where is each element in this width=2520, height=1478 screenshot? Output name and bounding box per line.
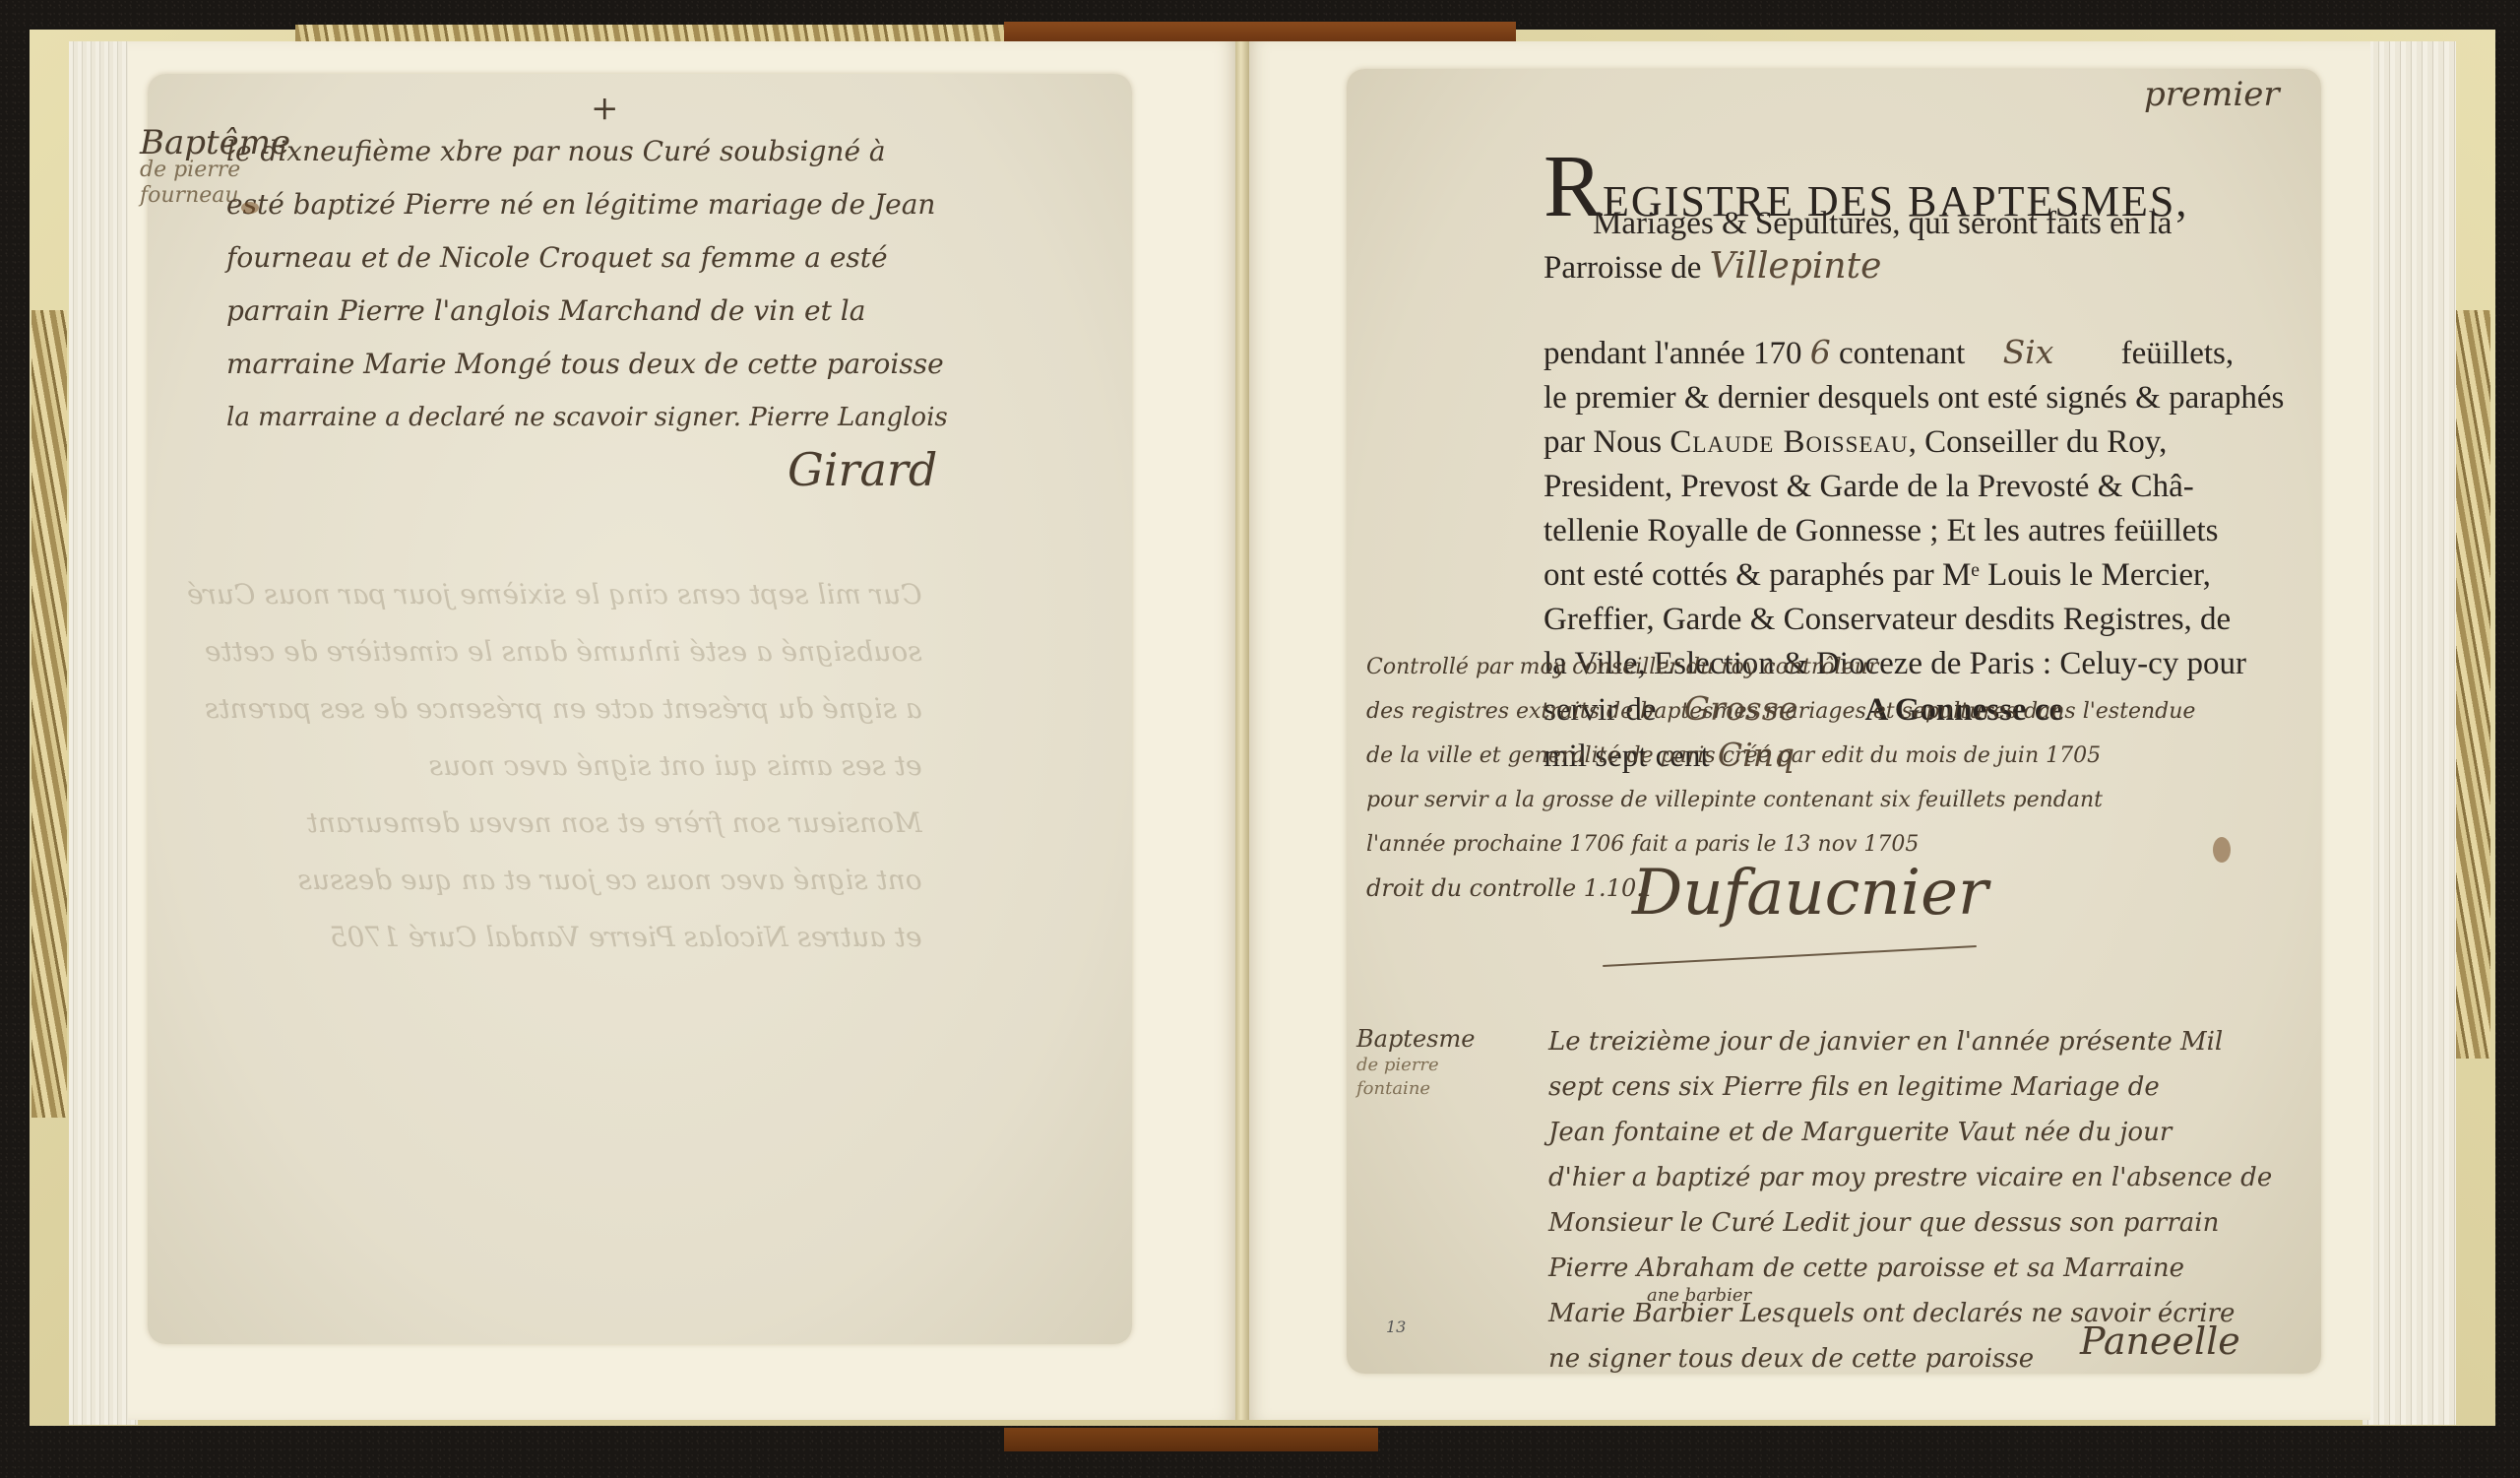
entry-line: parrain Pierre l'anglois Marchand de vin… bbox=[226, 285, 948, 338]
left-entry-text: le dixneufième xbre par nous Curé soubsi… bbox=[226, 125, 948, 444]
control-line: des registres extraits de baptesmes mari… bbox=[1366, 689, 2195, 734]
bleed-line: Monsieur son frère et son neveu demeuran… bbox=[187, 795, 922, 852]
leaf-count: Six bbox=[2003, 333, 2054, 371]
ink-blot bbox=[241, 202, 259, 214]
margin-note-line: de pierre bbox=[1356, 1054, 1475, 1077]
body-text: pendant l'année 170 bbox=[1543, 336, 1802, 371]
control-line: de la ville et generalité de paris créé … bbox=[1366, 734, 2195, 778]
leather-spine-top bbox=[1004, 22, 1516, 43]
body-text: , Conseiller du Roy, bbox=[1909, 424, 2168, 460]
baptism-margin-note: Baptesme de pierre fontaine bbox=[1356, 1024, 1475, 1101]
bleed-line: et ses amis qui ont signé avec nous bbox=[187, 738, 922, 795]
bleed-line: a signé du présent acte en présence de s… bbox=[187, 680, 922, 738]
left-document-page: + Baptême de pierre fourneau le dixneufi… bbox=[148, 74, 1132, 1344]
body-line: ont esté cottés & paraphés par Mᵉ Louis … bbox=[1543, 553, 2252, 598]
body-line: pendant l'année 170 6 contenant Six feüi… bbox=[1543, 330, 2252, 376]
year-digit: 6 bbox=[1810, 333, 1831, 371]
page-stack-right bbox=[2362, 41, 2456, 1425]
heading-line3: Parroisse de Villepinte bbox=[1543, 244, 1881, 290]
left-signature: Girard bbox=[787, 443, 937, 496]
interlinear-correction: ane barbier bbox=[1647, 1285, 1751, 1306]
entry-line: Le treizième jour de janvier en l'année … bbox=[1548, 1019, 2272, 1064]
bleed-line: ont signé avec nous ce jour et an que de… bbox=[187, 852, 922, 909]
body-line: par Nous Claude Boisseau, Conseiller du … bbox=[1543, 420, 2252, 465]
body-line: President, Prevost & Garde de la Prevost… bbox=[1543, 465, 2252, 509]
page-label: premier bbox=[2144, 75, 2280, 114]
parish-name: Villepinte bbox=[1710, 246, 1882, 287]
margin-note-line: Baptesme bbox=[1356, 1024, 1475, 1054]
folio-number: 13 bbox=[1386, 1317, 1406, 1336]
body-line: tellenie Royalle de Gonnesse ; Et les au… bbox=[1543, 509, 2252, 553]
heading-line2: Mariages & Sepultures, qui seront faits … bbox=[1593, 202, 2172, 246]
entry-line: le dixneufième xbre par nous Curé soubsi… bbox=[226, 125, 948, 178]
entry-line: sept cens six Pierre fils en legitime Ma… bbox=[1548, 1064, 2272, 1110]
control-signature: Dufaucnier bbox=[1632, 857, 1988, 930]
right-document-page: premier REGISTRE DES BAPTESMES, Mariages… bbox=[1347, 69, 2321, 1374]
bleed-line: Cur mil sept cens cinq le sixième jour p… bbox=[187, 566, 922, 623]
ink-stain bbox=[2213, 837, 2231, 863]
margin-note-line: fontaine bbox=[1356, 1077, 1475, 1101]
bleed-line: et autres Nicolas Pierre Vandal Curé 170… bbox=[187, 909, 922, 966]
signature-flourish bbox=[1603, 945, 1977, 967]
baptism-signature: Paneelle bbox=[2080, 1319, 2240, 1363]
body-line: le premier & dernier desquels ont esté s… bbox=[1543, 376, 2252, 420]
book-gutter bbox=[1235, 41, 1249, 1420]
entry-line: la marraine a declaré ne scavoir signer.… bbox=[226, 391, 948, 444]
marbled-endpaper-right bbox=[2455, 310, 2490, 1059]
entry-line: Monsieur le Curé Ledit jour que dessus s… bbox=[1548, 1200, 2272, 1246]
control-line: Controllé par moy conseiller du roy cont… bbox=[1366, 645, 2195, 689]
leather-spine-bottom bbox=[1004, 1428, 1378, 1451]
marbled-endpaper-left bbox=[31, 310, 67, 1118]
body-text: contenant bbox=[1839, 336, 1965, 371]
entry-line: esté baptizé Pierre né en légitime maria… bbox=[226, 178, 948, 231]
body-line: Greffier, Garde & Conservateur desdits R… bbox=[1543, 598, 2252, 642]
marbled-edge-top bbox=[295, 25, 1004, 42]
parish-label: Parroisse de bbox=[1543, 250, 1701, 286]
entry-line: Jean fontaine et de Marguerite Vaut née … bbox=[1548, 1110, 2272, 1155]
bleed-line: soubsigné a esté inhumé dans le cimetièr… bbox=[187, 623, 922, 680]
bleed-through-text: Cur mil sept cens cinq le sixième jour p… bbox=[187, 566, 922, 966]
entry-line: marraine Marie Mongé tous deux de cette … bbox=[226, 338, 948, 391]
top-mark: + bbox=[591, 89, 619, 128]
entry-line: d'hier a baptizé par moy prestre vicaire… bbox=[1548, 1155, 2272, 1200]
body-text: feüillets, bbox=[2121, 336, 2235, 371]
control-line: pour servir a la grosse de villepinte co… bbox=[1366, 778, 2195, 822]
body-text: par Nous bbox=[1543, 424, 1662, 460]
official-name: Claude Boisseau bbox=[1669, 424, 1908, 460]
entry-line: fourneau et de Nicole Croquet sa femme a… bbox=[226, 231, 948, 285]
